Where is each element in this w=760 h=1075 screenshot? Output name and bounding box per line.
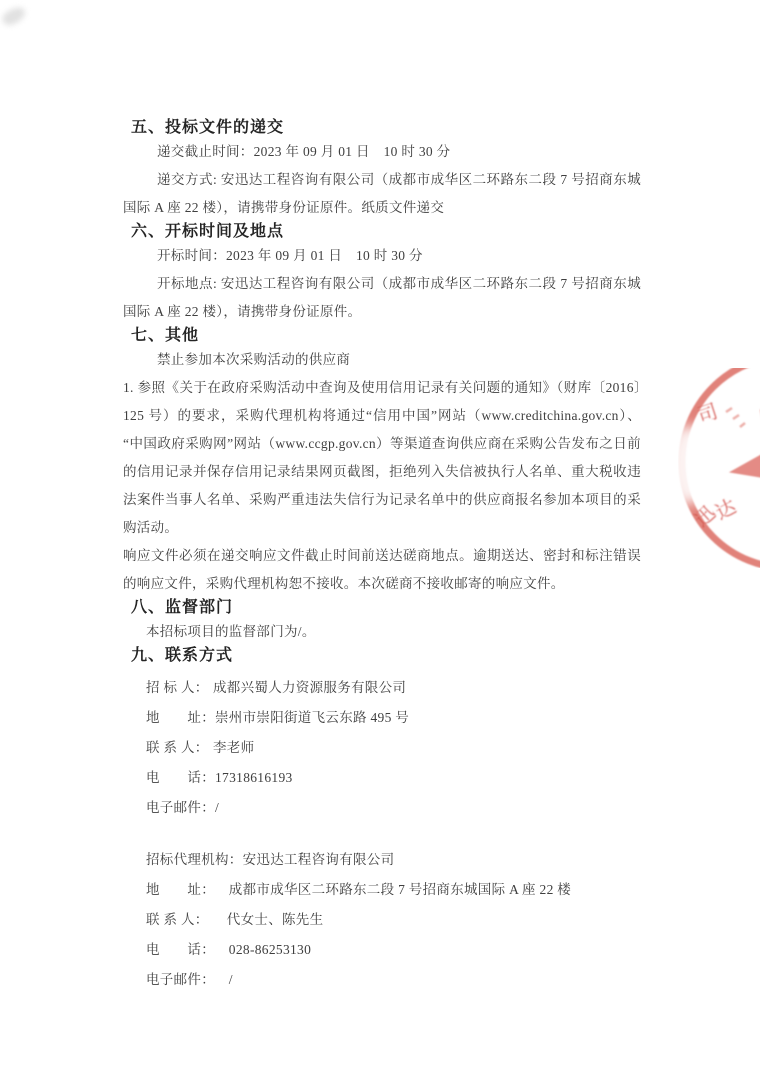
bid-opening-time-line: 开标时间：2023 年 09 月 01 日 10 时 30 分 bbox=[123, 242, 641, 270]
submission-deadline-line: 递交截止时间：2023 年 09 月 01 日 10 时 30 分 bbox=[123, 138, 641, 166]
seal-tick-marks bbox=[726, 408, 745, 427]
section8-heading: 八、监督部门 bbox=[123, 598, 641, 618]
contact-label: 电子邮件： bbox=[146, 965, 215, 995]
seal-ink-fade bbox=[678, 425, 708, 505]
supervisory-department-line: 本招标项目的监督部门为/。 bbox=[123, 618, 641, 646]
contact-row-agency-email: 电子邮件： / bbox=[123, 965, 641, 995]
contact-value: 028-86253130 bbox=[215, 942, 311, 957]
contact-row-address: 地 址：崇州市崇阳街道飞云东路 495 号 bbox=[123, 703, 641, 733]
document-content: 五、投标文件的递交 递交截止时间：2023 年 09 月 01 日 10 时 3… bbox=[123, 118, 641, 995]
contact-row-agency-address: 地 址： 成都市成华区二环路东二段 7 号招商东城国际 A 座 22 楼 bbox=[123, 875, 641, 905]
contact-value: 成都市成华区二环路东二段 7 号招商东城国际 A 座 22 楼 bbox=[215, 882, 571, 897]
contact-row-agency-name: 招标代理机构：安迅达工程咨询有限公司 bbox=[123, 845, 641, 875]
contact-label: 电子邮件： bbox=[146, 793, 215, 823]
contact-label: 电 话： bbox=[146, 763, 215, 793]
credit-record-paragraph: 1. 参照《关于在政府采购活动中查询及使用信用记录有关问题的通知》（财库〔201… bbox=[123, 374, 641, 542]
contact-label: 电 话： bbox=[146, 935, 215, 965]
contact-row-agency-phone: 电 话： 028-86253130 bbox=[123, 935, 641, 965]
contact-row-person: 联 系 人：李老师 bbox=[123, 733, 641, 763]
contact-label: 地 址： bbox=[146, 703, 215, 733]
contact-row-tenderer: 招 标 人：成都兴蜀人力资源服务有限公司 bbox=[123, 673, 641, 703]
contact-value: 代女士、陈先生 bbox=[213, 912, 323, 927]
contact-label: 地 址： bbox=[146, 875, 215, 905]
company-seal-stamp: 司 迅 达 bbox=[678, 368, 760, 568]
star-icon bbox=[719, 397, 760, 528]
scan-smudge bbox=[0, 4, 28, 29]
contact-value: / bbox=[215, 800, 219, 815]
contact-row-phone: 电 话：17318616193 bbox=[123, 763, 641, 793]
contact-label: 联 系 人： bbox=[146, 733, 213, 763]
contact-label: 招 标 人： bbox=[146, 673, 213, 703]
section5-heading: 五、投标文件的递交 bbox=[123, 118, 641, 138]
seal-text-bottom-1: 迅 bbox=[690, 501, 720, 531]
section7-heading: 七、其他 bbox=[123, 326, 641, 346]
seal-text-bottom-2: 达 bbox=[712, 495, 740, 525]
bid-opening-place-line: 开标地点: 安迅达工程咨询有限公司（成都市成华区二环路东二段 7 号招商东城国际… bbox=[123, 270, 641, 326]
contact-value: 崇州市崇阳街道飞云东路 495 号 bbox=[215, 710, 409, 725]
agency-contact-block: 招标代理机构：安迅达工程咨询有限公司 地 址： 成都市成华区二环路东二段 7 号… bbox=[123, 845, 641, 995]
section6-heading: 六、开标时间及地点 bbox=[123, 222, 641, 242]
document-page: 五、投标文件的递交 递交截止时间：2023 年 09 月 01 日 10 时 3… bbox=[0, 0, 760, 1075]
contact-value: 成都兴蜀人力资源服务有限公司 bbox=[213, 680, 406, 695]
response-documents-paragraph: 响应文件必须在递交响应文件截止时间前送达磋商地点。逾期送达、密封和标注错误的响应… bbox=[123, 542, 641, 598]
seal-text-top: 司 bbox=[694, 400, 720, 428]
contact-label: 招标代理机构： bbox=[146, 845, 243, 875]
contact-value: 17318616193 bbox=[215, 770, 293, 785]
section9-heading: 九、联系方式 bbox=[123, 646, 641, 666]
contact-value: / bbox=[215, 972, 233, 987]
contact-value: 安迅达工程咨询有限公司 bbox=[243, 852, 395, 867]
submission-method-line: 递交方式: 安迅达工程咨询有限公司（成都市成华区二环路东二段 7 号招商东城国际… bbox=[123, 166, 641, 222]
banned-suppliers-intro: 禁止参加本次采购活动的供应商 bbox=[123, 346, 641, 374]
purchaser-contact-block: 招 标 人：成都兴蜀人力资源服务有限公司 地 址：崇州市崇阳街道飞云东路 495… bbox=[123, 673, 641, 823]
seal-ring bbox=[682, 368, 760, 568]
contact-row-agency-person: 联 系 人： 代女士、陈先生 bbox=[123, 905, 641, 935]
contact-label: 联 系 人： bbox=[146, 905, 213, 935]
contact-value: 李老师 bbox=[213, 740, 254, 755]
contact-row-email: 电子邮件：/ bbox=[123, 793, 641, 823]
